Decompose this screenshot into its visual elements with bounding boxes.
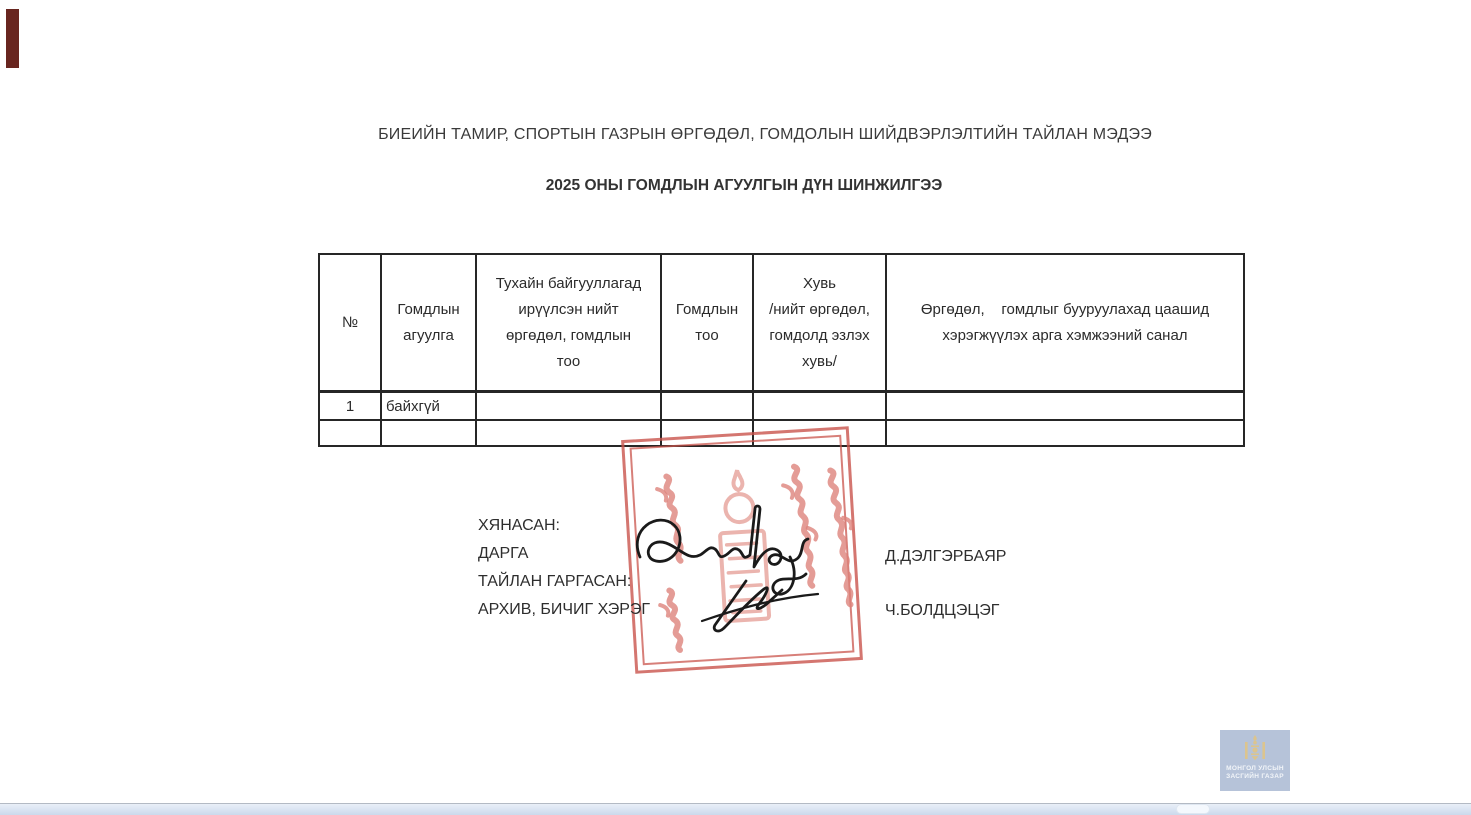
document-title: БИЕИЙН ТАМИР, СПОРТЫН ГАЗРЫН ӨРГӨДӨЛ, ГО…	[345, 126, 1185, 144]
soyombo-icon	[1242, 735, 1268, 762]
header-number: №	[319, 254, 381, 392]
archive-clerk-label: АРХИВ, БИЧИГ ХЭРЭГ	[478, 601, 650, 619]
cell-content	[381, 420, 476, 446]
header-complaint-content: Гомдлын агуулга	[381, 254, 476, 392]
director-name: Д.ДЭЛГЭРБАЯР	[885, 548, 1006, 566]
government-watermark-logo: МОНГОЛ УЛСЫН ЗАСГИЙН ГАЗАР	[1220, 730, 1290, 791]
prepared-by-label: ТАЙЛАН ГАРГАСАН:	[478, 573, 631, 591]
cell-content: байхгүй	[381, 392, 476, 421]
header-proposal: Өргөдөл, гомдлыг бууруулахад цаашид хэрэ…	[886, 254, 1244, 392]
archive-clerk-name: Ч.БОЛДЦЭЦЭГ	[885, 602, 999, 620]
complaints-report-table: № Гомдлын агуулга Тухайн байгууллагад ир…	[318, 253, 1245, 447]
director-signature	[637, 506, 808, 567]
cell-count	[661, 392, 753, 421]
header-percentage: Хувь /нийт өргөдөл, гомдолд эзлэх хувь/	[753, 254, 886, 392]
header-total-petitions: Тухайн байгууллагад ирүүлсэн нийт өргөдө…	[476, 254, 661, 392]
scrollbar-thumb[interactable]	[1176, 804, 1210, 814]
logo-caption: МОНГОЛ УЛСЫН ЗАСГИЙН ГАЗАР	[1226, 765, 1284, 781]
reviewed-label: ХЯНАСАН:	[478, 517, 560, 535]
handwritten-signatures	[610, 495, 850, 645]
table-row: 1 байхгүй	[319, 392, 1244, 421]
document-subtitle: 2025 ОНЫ ГОМДЛЫН АГУУЛГЫН ДҮН ШИНЖИЛГЭЭ	[344, 177, 1144, 195]
cell-percent	[753, 392, 886, 421]
table-header-row: № Гомдлын агуулга Тухайн байгууллагад ир…	[319, 254, 1244, 392]
cell-number: 1	[319, 392, 381, 421]
logo-caption-line2: ЗАСГИЙН ГАЗАР	[1226, 773, 1284, 781]
cell-total	[476, 392, 661, 421]
cell-proposal	[886, 392, 1244, 421]
scanned-report-page: БИЕИЙН ТАМИР, СПОРТЫН ГАЗРЫН ӨРГӨДӨЛ, ГО…	[0, 0, 1471, 815]
director-label: ДАРГА	[478, 545, 528, 563]
cell-number	[319, 420, 381, 446]
bottom-scrollbar[interactable]	[0, 803, 1471, 815]
header-complaint-count: Гомдлын тоо	[661, 254, 753, 392]
logo-caption-line1: МОНГОЛ УЛСЫН	[1226, 765, 1284, 773]
red-bookmark-bar	[6, 9, 19, 68]
cell-proposal	[886, 420, 1244, 446]
